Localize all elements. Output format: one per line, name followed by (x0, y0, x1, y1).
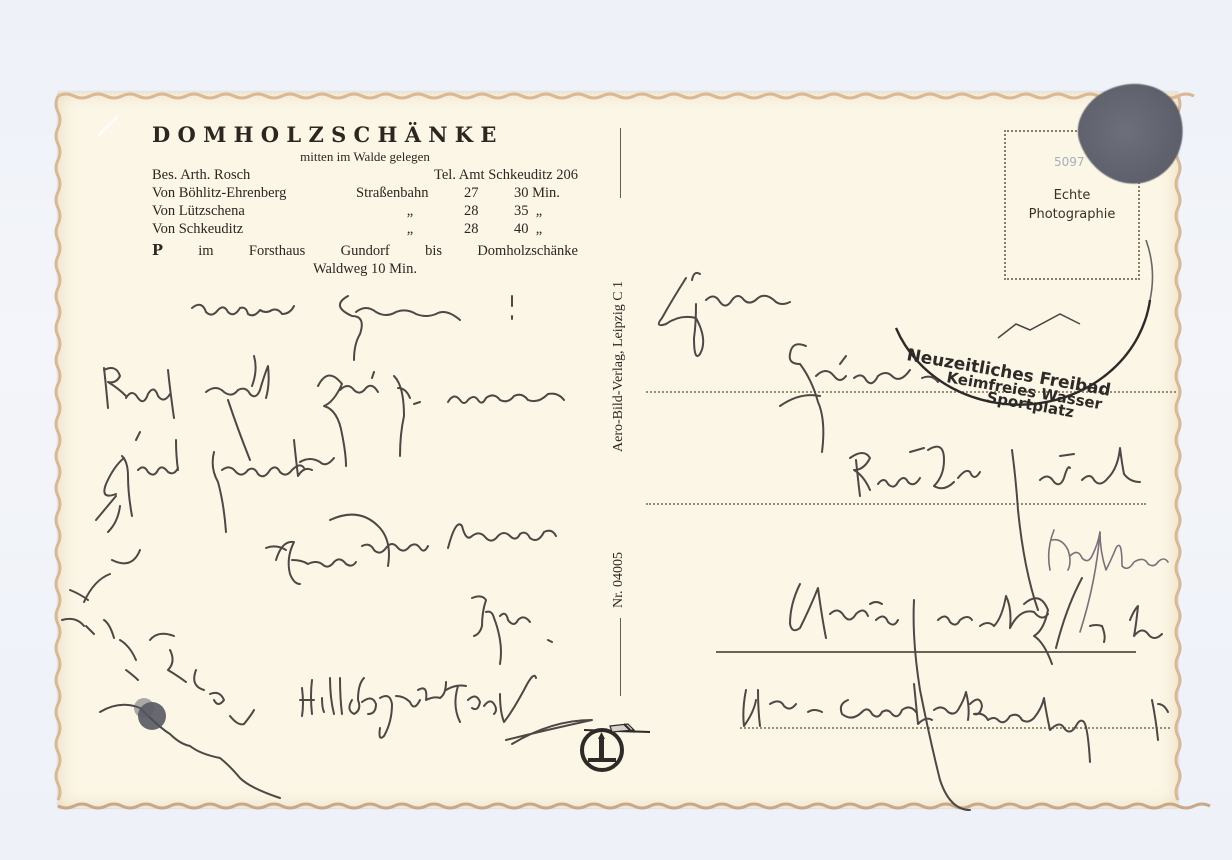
route-row: Von Schkeuditz „ 28 40 „ (152, 220, 578, 238)
owner-name: Bes. Arth. Rosch (152, 166, 356, 184)
center-divider-bottom (620, 618, 621, 696)
address-recipient-name: Heinrich (780, 346, 851, 365)
route-row: Von Böhlitz-Ehrenberg Straßenbahn 27 30 … (152, 184, 578, 202)
venue-title: DOMHOLZSCHÄNKE (152, 122, 578, 148)
handwritten-line: Ihr. (472, 598, 500, 617)
route-from: Von Böhlitz-Ehrenberg (152, 184, 356, 202)
handwritten-signature: Hildegard Tost (300, 680, 420, 699)
route-from: Von Schkeuditz (152, 220, 356, 238)
handwritten-line: Recht herzl. Grüße von (104, 370, 292, 389)
route-duration: 30 Min. (514, 184, 578, 202)
card-number: Nr. 04005 (611, 552, 627, 608)
parking-line: P im Forsthaus Gundorf bis Domholzschänk… (152, 241, 578, 261)
address-recipient-surname: Rundstück (850, 452, 937, 471)
stamp-label: Echte Photographie (1004, 186, 1140, 224)
route-line: 28 (464, 202, 514, 220)
center-divider-top (620, 128, 621, 198)
address-region: Sachsen (1050, 530, 1118, 549)
route-mode: „ (356, 202, 464, 220)
handwritten-margin-note: Auch Gruß und Kuss (70, 560, 237, 579)
route-line: 28 (464, 220, 514, 238)
publisher-logo (580, 720, 652, 778)
route-from: Von Lützschena (152, 202, 356, 220)
route-line: 27 (464, 184, 514, 202)
route-row: Von Lützschena „ 28 35 „ (152, 202, 578, 220)
parking-symbol: P (152, 241, 163, 261)
publisher-imprint: Aero-Bild-Verlag, Leipzig C 1 (611, 281, 627, 452)
address-city: Neustadt / Sa. (790, 584, 906, 603)
handwritten-greeting: Lieben Eltern! (190, 292, 307, 311)
route-mode: „ (356, 220, 464, 238)
owner-row: Bes. Arth. Rosch Tel. Amt Schkeuditz 206 (152, 166, 578, 184)
phone-number: Tel. Amt Schkeuditz 206 (356, 166, 578, 184)
route-duration: 40 „ (514, 220, 578, 238)
route-mode: Straßenbahn (356, 184, 464, 202)
address-line-solid (716, 651, 1136, 653)
parking-walk: Waldweg 10 Min. (152, 261, 578, 277)
address-line (646, 503, 1146, 505)
handwritten-line: Euer dankbarer (266, 520, 395, 539)
postmark: Neuzeitliches Freibad Keimfreies Wasser … (888, 240, 1158, 446)
venue-subtitle: mitten im Walde gelegen (152, 148, 578, 166)
address-line (740, 727, 1170, 729)
stamp-code: 5097 (1054, 155, 1085, 169)
printed-header: DOMHOLZSCHÄNKE mitten im Walde gelegen B… (152, 122, 578, 277)
handwritten-line: hier sendet (104, 440, 196, 459)
address-recipient-title: Herrn (662, 280, 711, 299)
route-duration: 35 „ (514, 202, 578, 220)
address-street: Alte Landstraße (746, 688, 876, 707)
